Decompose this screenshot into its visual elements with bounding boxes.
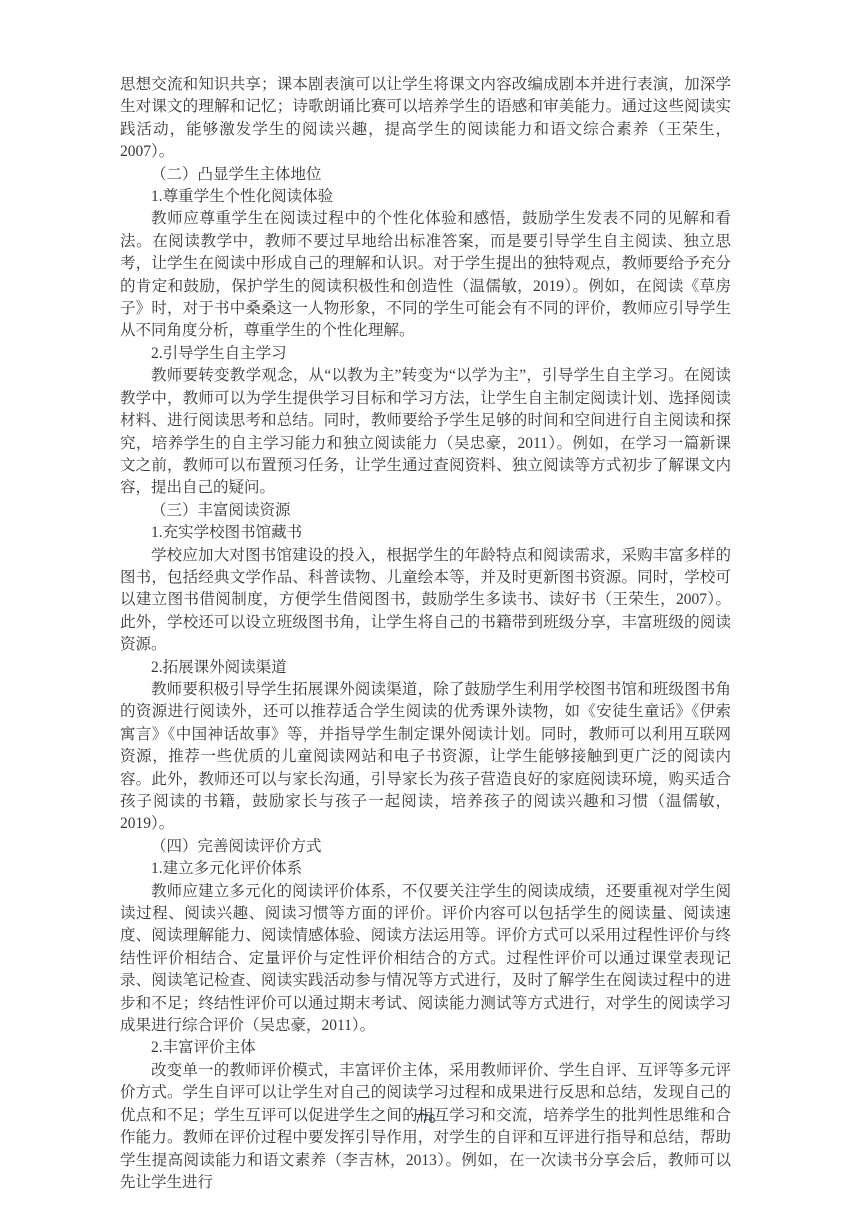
body-paragraph: 教师应建立多元化的阅读评价体系，不仅要关注学生的阅读成绩，还要重视对学生阅读过程… (120, 881, 731, 1038)
section-heading: （二）凸显学生主体地位 (120, 164, 731, 186)
document-body: 思想交流和知识共享；课本剧表演可以让学生将课文内容改编成剧本并进行表演，加深学生… (120, 74, 731, 1194)
subsection-heading: 1.充实学校图书馆藏书 (120, 522, 731, 544)
body-paragraph: 教师应尊重学生在阅读过程中的个性化体验和感悟，鼓励学生发表不同的见解和看法。在阅… (120, 208, 731, 342)
section-heading: （三）丰富阅读资源 (120, 500, 731, 522)
subsection-heading: 1.尊重学生个性化阅读体验 (120, 186, 731, 208)
body-paragraph: 教师要积极引导学生拓展课外阅读渠道，除了鼓励学生利用学校图书馆和班级图书角的资源… (120, 679, 731, 836)
section-heading: （四）完善阅读评价方式 (120, 836, 731, 858)
body-paragraph: 教师要转变教学观念，从“以教为主”转变为“以学为主”，引导学生自主学习。在阅读教… (120, 365, 731, 499)
body-paragraph: 学校应加大对图书馆建设的投入，根据学生的年龄特点和阅读需求，采购丰富多样的图书，… (120, 545, 731, 657)
subsection-heading: 2.拓展课外阅读渠道 (120, 657, 731, 679)
subsection-heading: 2.丰富评价主体 (120, 1037, 731, 1059)
body-paragraph: 思想交流和知识共享；课本剧表演可以让学生将课文内容改编成剧本并进行表演，加深学生… (120, 74, 731, 164)
document-page: 思想交流和知识共享；课本剧表演可以让学生将课文内容改编成剧本并进行表演，加深学生… (0, 0, 850, 1205)
subsection-heading: 2.引导学生自主学习 (120, 343, 731, 365)
body-paragraph: 改变单一的教师评价模式，丰富评价主体，采用教师评价、学生自评、互评等多元评价方式… (120, 1060, 731, 1194)
page-number: 776 (0, 1112, 850, 1126)
subsection-heading: 1.建立多元化评价体系 (120, 858, 731, 880)
